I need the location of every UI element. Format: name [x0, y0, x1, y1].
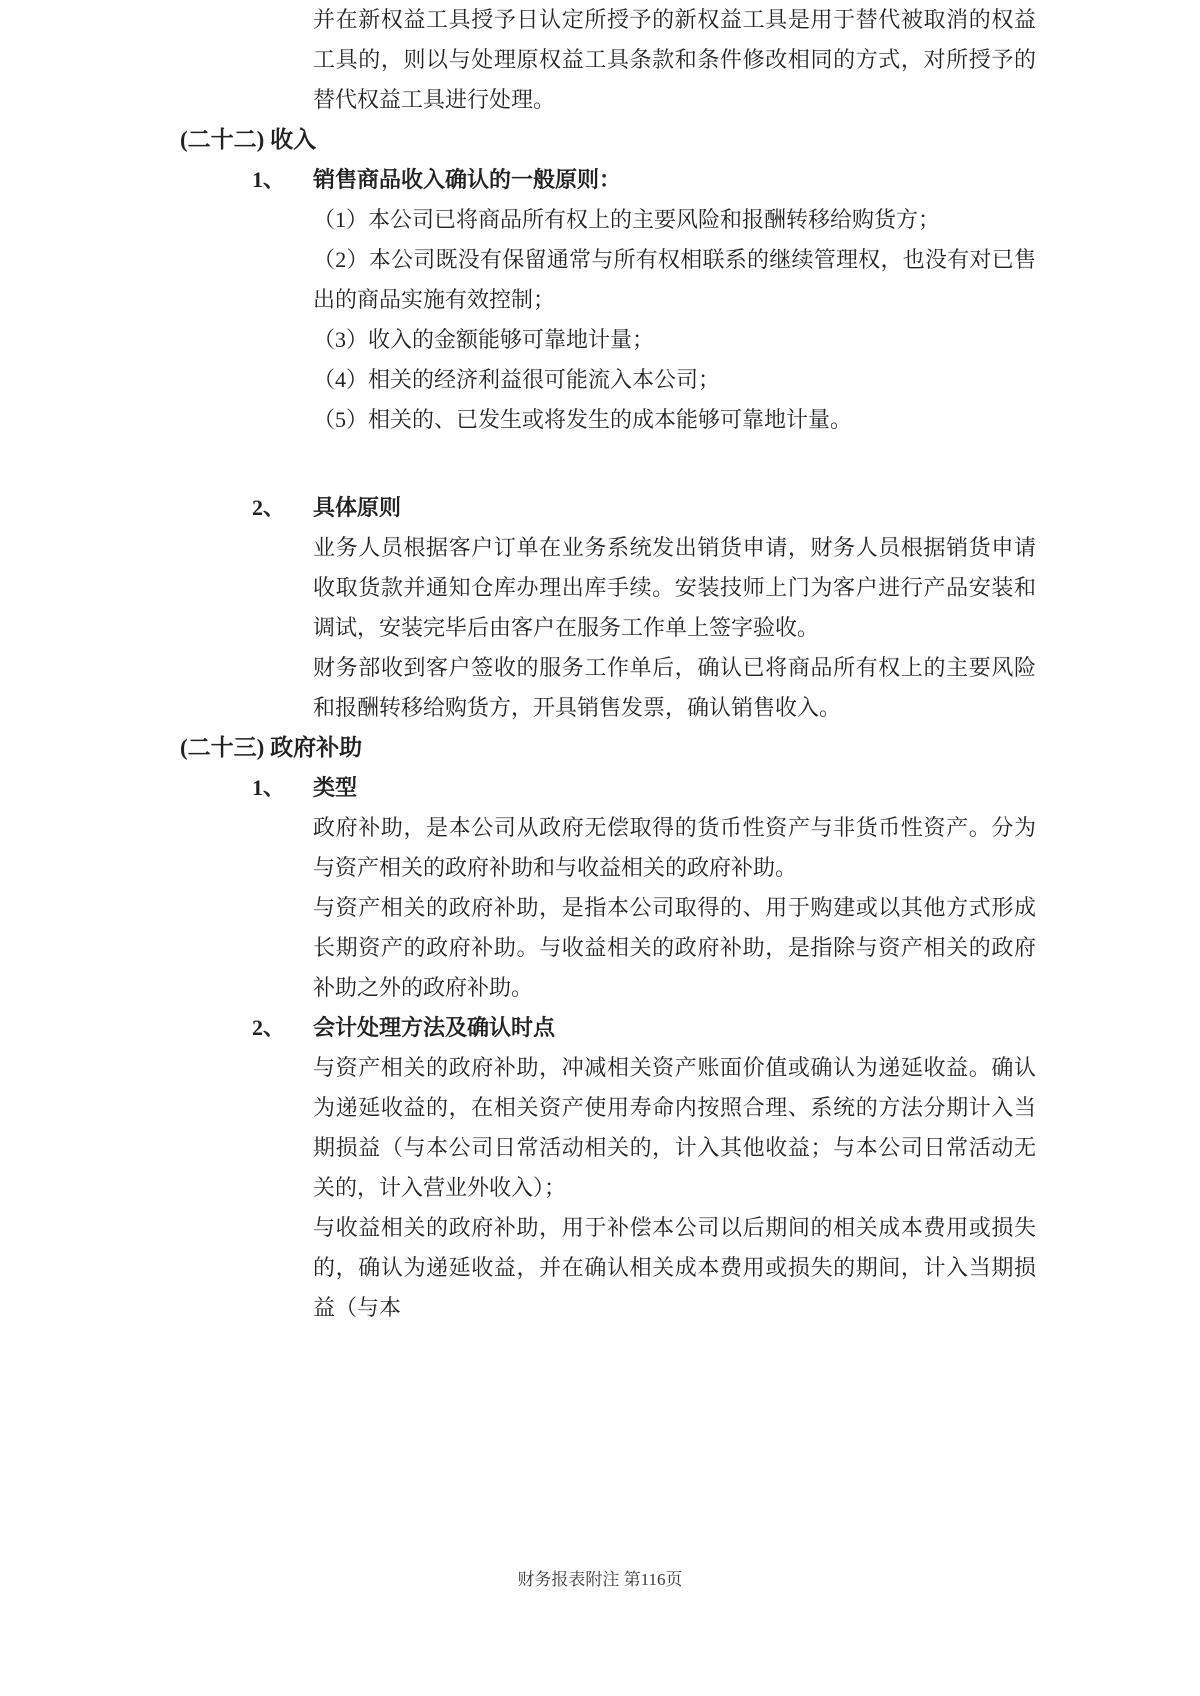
document-content: 并在新权益工具授予日认定所授予的新权益工具是用于替代被取消的权益工具的，则以与处…: [180, 0, 1036, 1328]
body-paragraph: （5）相关的、已发生或将发生的成本能够可靠地计量。: [313, 400, 1036, 440]
body-paragraph: 财务部收到客户签收的服务工作单后，确认已将商品所有权上的主要风险和报酬转移给购货…: [313, 648, 1036, 728]
list-item-title: 会计处理方法及确认时点: [313, 1008, 1036, 1048]
list-item-number: 1、: [252, 768, 313, 808]
list-item-title: 具体原则: [313, 488, 1036, 528]
body-paragraph: 与收益相关的政府补助，用于补偿本公司以后期间的相关成本费用或损失的，确认为递延收…: [313, 1208, 1036, 1328]
list-item-number: 1、: [252, 160, 313, 200]
document-page: 并在新权益工具授予日认定所授予的新权益工具是用于替代被取消的权益工具的，则以与处…: [0, 0, 1200, 1696]
body-paragraph: 业务人员根据客户订单在业务系统发出销货申请，财务人员根据销货申请收取货款并通知仓…: [313, 528, 1036, 648]
body-paragraph: 与资产相关的政府补助，是指本公司取得的、用于购建或以其他方式形成长期资产的政府补…: [313, 888, 1036, 1008]
body-paragraph: 与资产相关的政府补助，冲减相关资产账面价值或确认为递延收益。确认为递延收益的，在…: [313, 1048, 1036, 1208]
list-item-number: 2、: [252, 1008, 313, 1048]
body-paragraph: （1）本公司已将商品所有权上的主要风险和报酬转移给购货方；: [313, 200, 1036, 240]
list-item-heading: 2、 具体原则: [252, 488, 1036, 528]
body-paragraph: 政府补助，是本公司从政府无偿取得的货币性资产与非货币性资产。分为与资产相关的政府…: [313, 808, 1036, 888]
section-heading-revenue: (二十二) 收入: [180, 120, 1036, 160]
body-paragraph: （3）收入的金额能够可靠地计量；: [313, 320, 1036, 360]
body-paragraph: （4）相关的经济利益很可能流入本公司；: [313, 360, 1036, 400]
body-paragraph: （2）本公司既没有保留通常与所有权相联系的继续管理权，也没有对已售出的商品实施有…: [313, 240, 1036, 320]
list-item-number: 2、: [252, 488, 313, 528]
intro-paragraph: 并在新权益工具授予日认定所授予的新权益工具是用于替代被取消的权益工具的，则以与处…: [313, 0, 1036, 120]
list-item-heading: 2、 会计处理方法及确认时点: [252, 1008, 1036, 1048]
page-footer: 财务报表附注 第116页: [0, 1568, 1200, 1592]
list-item-heading: 1、 类型: [252, 768, 1036, 808]
list-item-title: 销售商品收入确认的一般原则：: [313, 160, 1036, 200]
list-item-heading: 1、 销售商品收入确认的一般原则：: [252, 160, 1036, 200]
section-heading-government-grants: (二十三) 政府补助: [180, 728, 1036, 768]
list-item-title: 类型: [313, 768, 1036, 808]
